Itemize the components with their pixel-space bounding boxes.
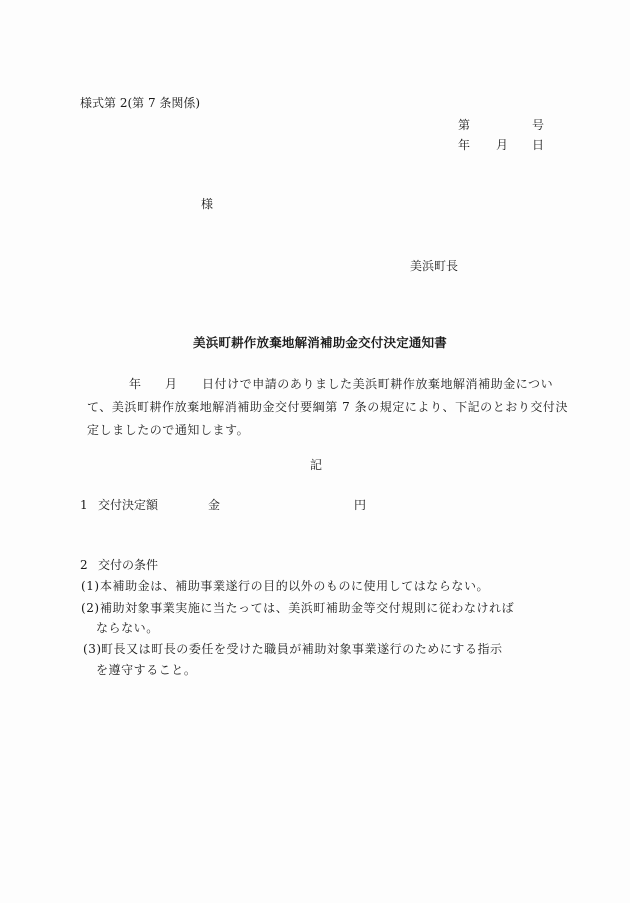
date-year-label: 年 (458, 139, 470, 151)
item1-label: 交付決定額 (98, 499, 158, 511)
item2-number: 2 (80, 559, 88, 571)
body-line-3: 定しましたので通知します。 (87, 424, 249, 436)
body-line-2: て、美浜町耕作放棄地解消補助金交付要綱第 7 条の規定により、下記のとおり交付決 (87, 401, 568, 413)
body-line-1: 日付けで申請のありました美浜町耕作放棄地解消補助金につい (202, 378, 553, 390)
doc-number-prefix: 第 (458, 119, 470, 131)
condition-1-number: (1) (81, 580, 100, 592)
condition-1-text: 本補助金は、補助事業遂行の目的以外のものに使用してはならない。 (100, 580, 489, 592)
condition-3-text: 町長又は町長の委任を受けた職員が補助対象事業遂行のためにする指示 (101, 643, 503, 655)
body-year-label: 年 (129, 378, 142, 390)
form-label: 様式第 2(第 7 条関係) (80, 97, 200, 109)
condition-3-continuation: を遵守すること。 (96, 664, 196, 676)
body-month-label: 月 (165, 378, 178, 390)
condition-2-text: 補助対象事業実施に当たっては、美浜町補助金等交付規則に従わなければ (100, 602, 514, 614)
recipient-honorific: 様 (201, 198, 213, 210)
condition-2-continuation: ならない。 (96, 622, 159, 634)
sender-name: 美浜町長 (410, 260, 458, 272)
doc-number-suffix: 号 (532, 119, 544, 131)
item1-yen: 円 (354, 499, 366, 511)
item2-label: 交付の条件 (98, 559, 158, 571)
ki-heading: 記 (310, 459, 322, 471)
document-title: 美浜町耕作放棄地解消補助金交付決定通知書 (193, 337, 447, 350)
condition-3-number: (3) (83, 643, 102, 655)
condition-2-number: (2) (81, 602, 100, 614)
date-day-label: 日 (532, 139, 544, 151)
date-month-label: 月 (496, 139, 508, 151)
item1-kin: 金 (208, 499, 220, 511)
item1-number: 1 (80, 499, 88, 511)
